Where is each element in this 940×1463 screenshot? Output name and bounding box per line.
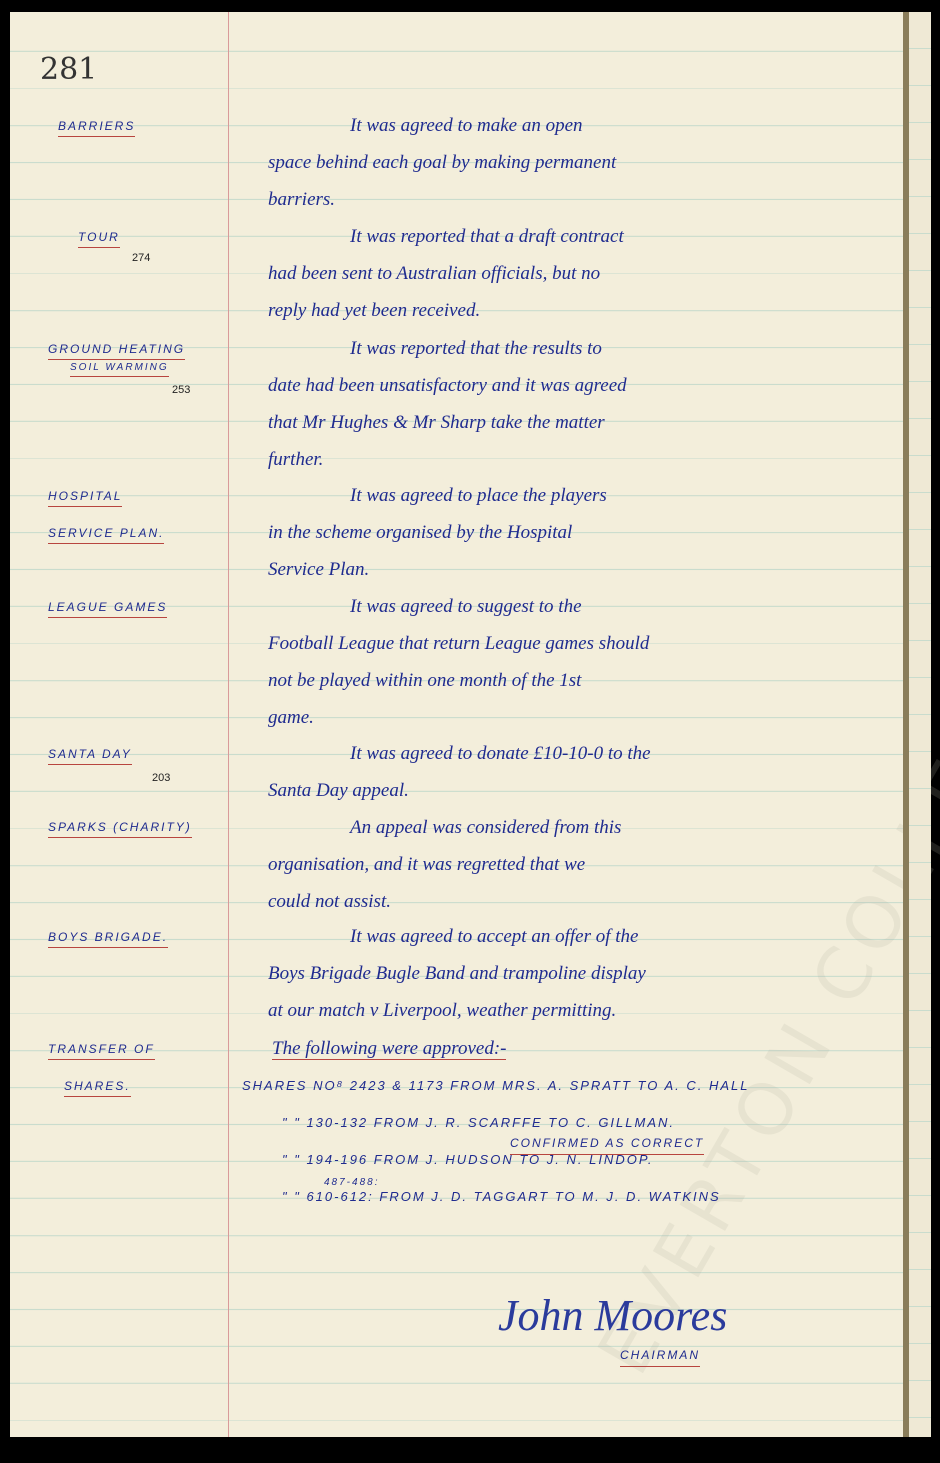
heading-league-games: League Games — [48, 600, 167, 614]
entry-ground-heating: It was reported that the results to date… — [268, 330, 878, 478]
entry-barriers: It was agreed to make an open space behi… — [268, 107, 878, 218]
minute-ref: 274 — [132, 252, 150, 264]
minute-ref: 253 — [172, 384, 190, 396]
subheading-soil-warming: Soil Warming — [70, 362, 169, 373]
heading-tour: Tour — [78, 230, 120, 244]
margin-rule — [228, 12, 229, 1437]
minutes-page: EVERTON COLLECTION CHARITABLE TRUST 281 … — [10, 12, 903, 1437]
entry-hospital-service-plan: It was agreed to place the players in th… — [268, 477, 878, 588]
share-number-correction: 487-488: — [324, 1164, 379, 1201]
signature: John Moores — [498, 1290, 727, 1341]
heading-barriers: Barriers — [58, 119, 135, 133]
subheading-service-plan: Service Plan. — [48, 526, 164, 540]
confirmation-text: Confirmed as correct — [510, 1136, 704, 1150]
entry-tour: It was reported that a draft contract ha… — [268, 218, 878, 329]
entry-transfer-of-shares: The following were approved:- — [272, 1030, 882, 1067]
share-transfer-item: Shares No⁸ 2423 & 1173 from Mrs. A. Spra… — [242, 1067, 882, 1104]
heading-santa-day: Santa Day — [48, 747, 132, 761]
page-number: 281 — [40, 52, 97, 87]
heading-boys-brigade: Boys Brigade. — [48, 930, 168, 944]
heading-ground-heating: Ground Heating — [48, 342, 185, 356]
heading-sparks-charity: Sparks (Charity) — [48, 820, 192, 834]
entry-santa-day: It was agreed to donate £10-10-0 to the … — [268, 735, 878, 809]
heading-hospital: Hospital — [48, 489, 122, 503]
entry-sparks-charity: An appeal was considered from this organ… — [268, 809, 878, 920]
subheading-shares: Shares. — [64, 1079, 131, 1093]
signatory-title: Chairman — [620, 1348, 700, 1362]
minute-ref: 203 — [152, 772, 170, 784]
heading-transfer-of: Transfer of — [48, 1042, 155, 1056]
entry-league-games: It was agreed to suggest to the Football… — [268, 588, 878, 736]
entry-boys-brigade: It was agreed to accept an offer of the … — [268, 918, 878, 1029]
facing-page-edge — [909, 12, 931, 1437]
share-transfer-item: 487-488: " " 610-612: from J. D. Taggart… — [242, 1178, 882, 1215]
